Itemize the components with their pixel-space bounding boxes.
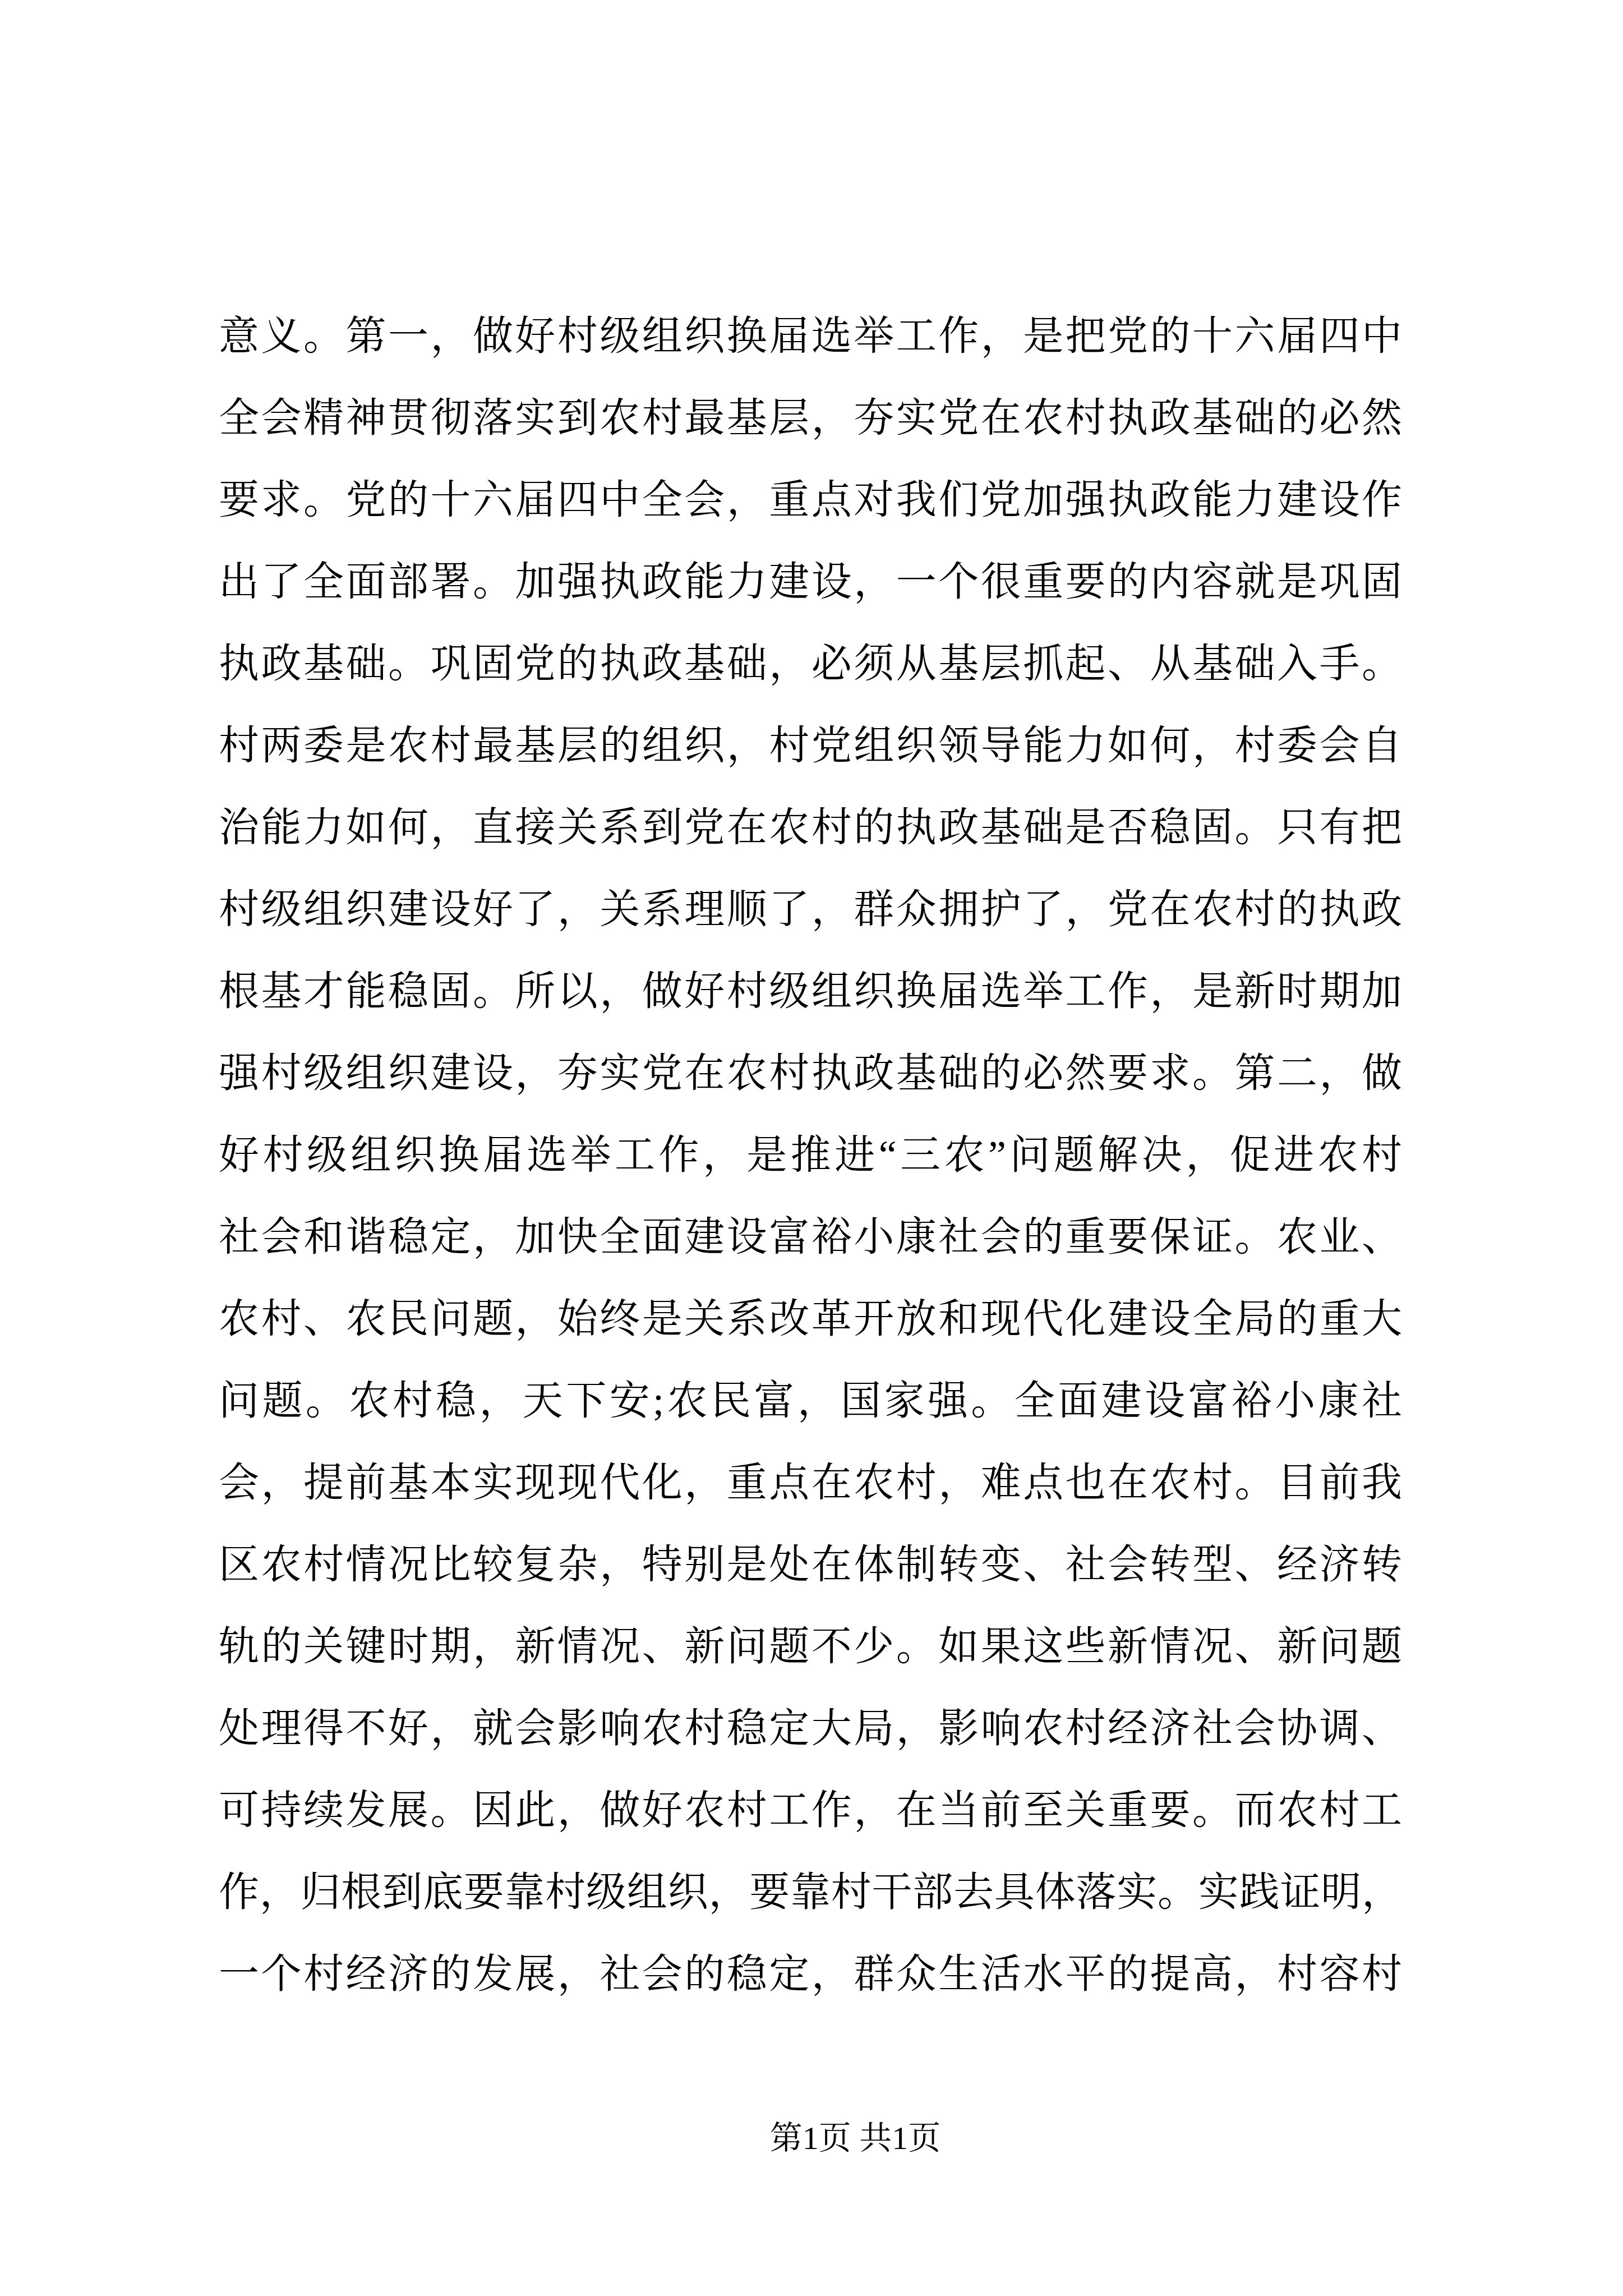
text-line: 轨的关键时期，新情况、新问题不少。如果这些新情况、新问题 [219, 1605, 1402, 1687]
document-body: 意义。第一，做好村级组织换届选举工作，是把党的十六届四中 全会精神贯彻落实到农村… [219, 295, 1402, 2015]
text-line: 治能力如何，直接关系到党在农村的执政基础是否稳固。只有把 [219, 786, 1402, 868]
text-line: 一个村经济的发展，社会的稳定，群众生活水平的提高，村容村 [219, 1933, 1402, 2015]
text-line: 农村、农民问题，始终是关系改革开放和现代化建设全局的重大 [219, 1278, 1402, 1360]
text-line: 会，提前基本实现现代化，重点在农村，难点也在农村。目前我 [219, 1442, 1402, 1524]
text-line: 意义。第一，做好村级组织换届选举工作，是把党的十六届四中 [219, 295, 1402, 377]
page-footer: 第1页 共1页 [0, 2122, 1623, 2155]
text-line: 要求。党的十六届四中全会，重点对我们党加强执政能力建设作 [219, 459, 1402, 541]
text-line: 好村级组织换届选举工作，是推进“三农”问题解决，促进农村 [219, 1114, 1402, 1196]
text-line: 可持续发展。因此，做好农村工作，在当前至关重要。而农村工 [219, 1769, 1402, 1851]
text-line: 强村级组织建设，夯实党在农村执政基础的必然要求。第二，做 [219, 1032, 1402, 1114]
text-line: 区农村情况比较复杂，特别是处在体制转变、社会转型、经济转 [219, 1524, 1402, 1605]
text-line: 执政基础。巩固党的执政基础，必须从基层抓起、从基础入手。 [219, 623, 1402, 705]
text-line: 村两委是农村最基层的组织，村党组织领导能力如何，村委会自 [219, 705, 1402, 786]
text-line: 出了全面部署。加强执政能力建设，一个很重要的内容就是巩固 [219, 541, 1402, 623]
page-number: 第1页 共1页 [770, 2120, 941, 2156]
text-line: 处理得不好，就会影响农村稳定大局，影响农村经济社会协调、 [219, 1687, 1402, 1769]
text-line: 村级组织建设好了，关系理顺了，群众拥护了，党在农村的执政 [219, 868, 1402, 950]
text-line: 根基才能稳固。所以，做好村级组织换届选举工作，是新时期加 [219, 950, 1402, 1032]
text-line: 作，归根到底要靠村级组织，要靠村干部去具体落实。实践证明， [219, 1851, 1402, 1933]
text-line: 全会精神贯彻落实到农村最基层，夯实党在农村执政基础的必然 [219, 377, 1402, 459]
text-line: 问题。农村稳，天下安;农民富，国家强。全面建设富裕小康社 [219, 1360, 1402, 1442]
text-line: 社会和谐稳定，加快全面建设富裕小康社会的重要保证。农业、 [219, 1196, 1402, 1278]
